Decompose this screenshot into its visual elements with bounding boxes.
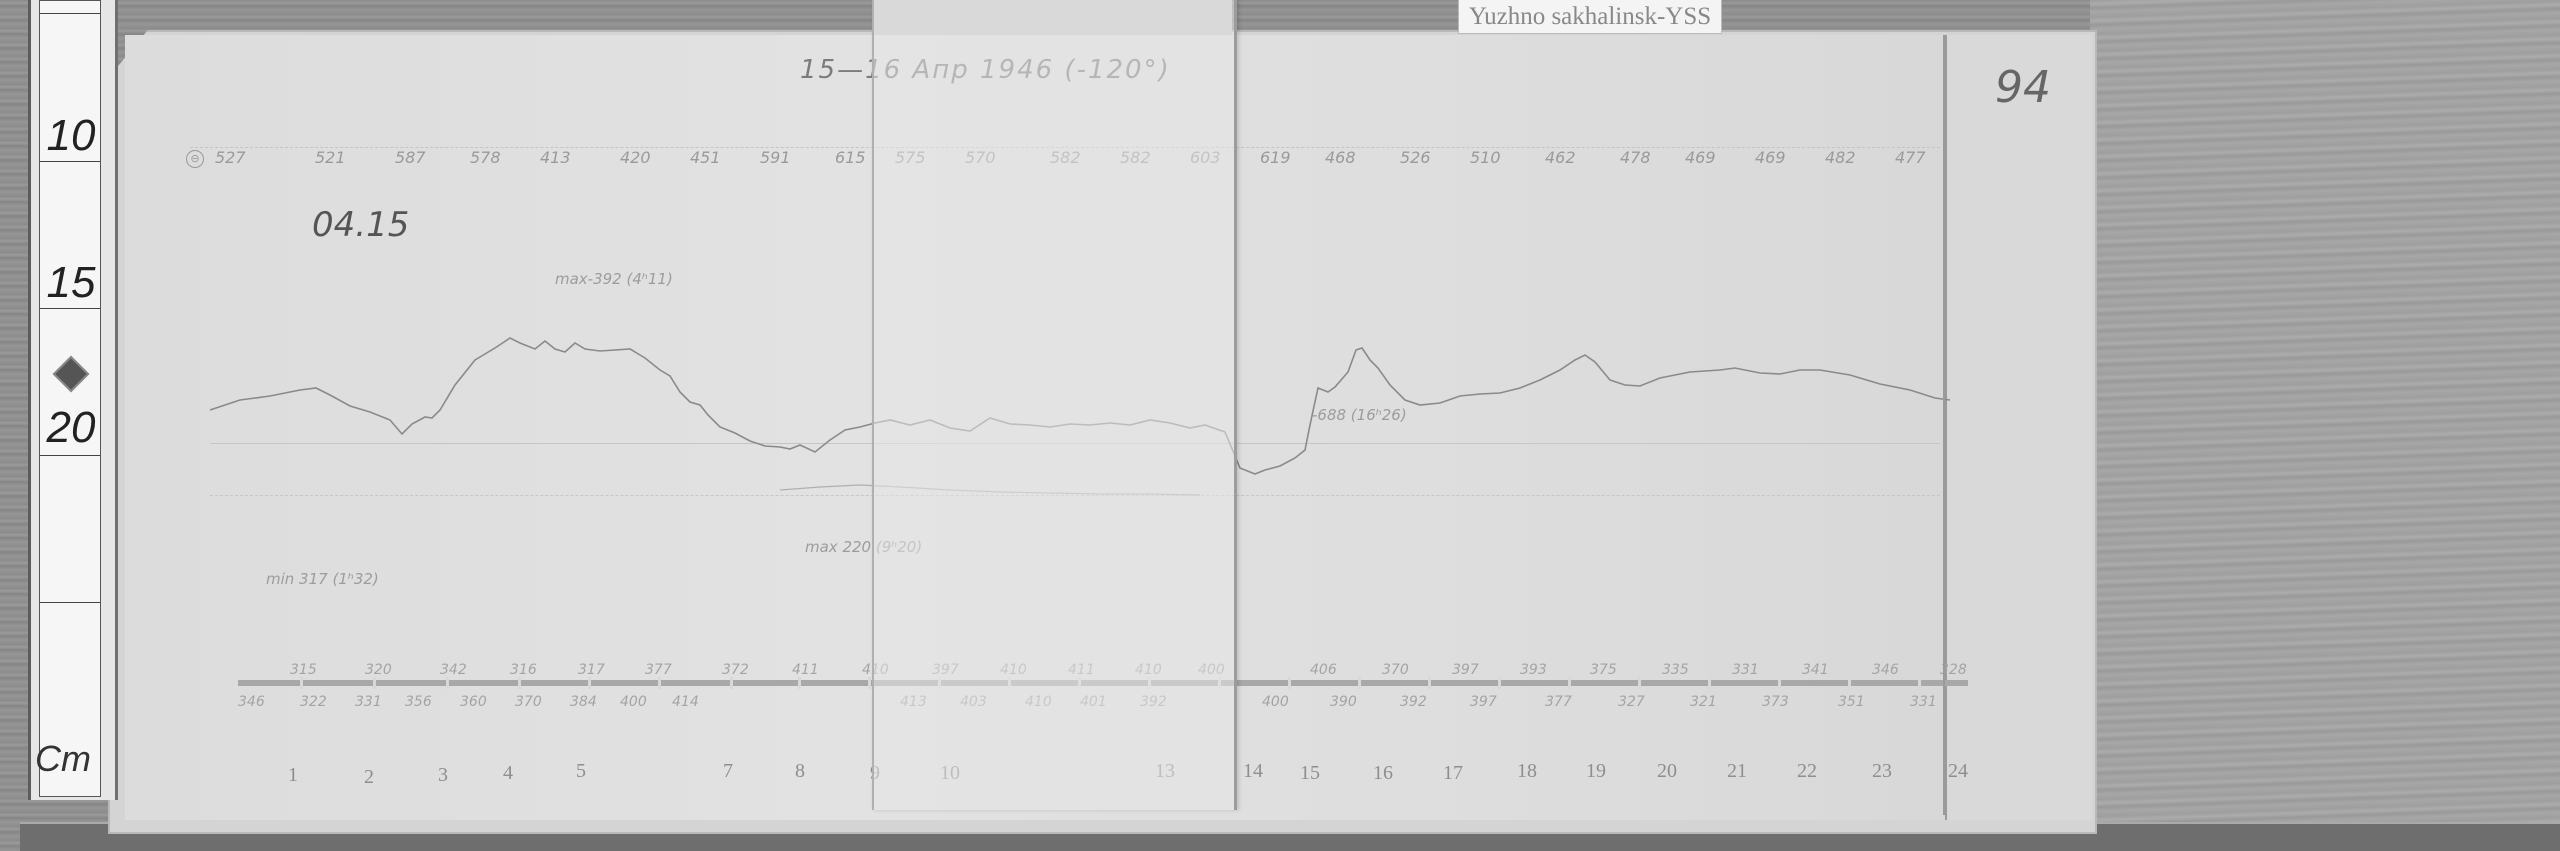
hour-value: 315 [290,662,317,678]
hour-number: 16 [1373,762,1393,785]
cm-ruler: 10 15 20 Cm [28,0,118,800]
hour-number: 24 [1948,760,1968,783]
hour-number: 3 [438,764,448,787]
hour-value: 390 [1330,694,1357,710]
hour-value: 342 [440,662,467,678]
hour-value: 370 [515,694,542,710]
hour-number: 21 [1727,760,1747,783]
hour-number: 4 [503,762,513,785]
hour-number: 1 [288,764,298,787]
hour-value: 316 [510,662,537,678]
hour-value: 397 [1452,662,1479,678]
hour-value: 393 [1520,662,1547,678]
hour-value: 331 [1732,662,1759,678]
ruler-number: 20 [46,403,96,453]
hour-value: 360 [460,694,487,710]
hour-value: 397 [1470,694,1497,710]
hour-number: 18 [1517,760,1537,783]
hour-value: 321 [1690,694,1717,710]
hour-value: 346 [1872,662,1899,678]
hour-value: 377 [1545,694,1572,710]
hour-number: 23 [1872,760,1892,783]
hour-number: 7 [723,760,733,783]
hour-value: 373 [1762,694,1789,710]
hour-value: 392 [1400,694,1427,710]
hour-value: 341 [1802,662,1829,678]
hour-number: 5 [576,760,586,783]
hour-number: 19 [1586,760,1606,783]
magnetogram-trace [0,0,2560,851]
ruler-unit: Cm [35,738,91,780]
hour-value: 320 [365,662,392,678]
hour-value: 400 [1262,694,1289,710]
ruler-number: 15 [46,258,96,308]
hour-value: 375 [1590,662,1617,678]
hour-number: 17 [1443,762,1463,785]
overlay-strip [872,0,1237,810]
hour-value: 346 [238,694,265,710]
hour-value: 322 [300,694,327,710]
hour-value: 414 [672,694,699,710]
hour-value: 356 [405,694,432,710]
hour-number: 20 [1657,760,1677,783]
hour-number: 2 [364,766,374,789]
hour-value: 370 [1382,662,1409,678]
paper-edge-line [1943,35,1945,815]
hour-value: 377 [645,662,672,678]
hour-value: 351 [1838,694,1865,710]
station-label: Yuzhno sakhalinsk-YSS [1458,0,1722,34]
hour-value: 335 [1662,662,1689,678]
hour-value: 317 [578,662,605,678]
hour-value: 400 [620,694,647,710]
hour-value: 327 [1618,694,1645,710]
annotation-min: min 317 (1ʰ32) [266,570,379,588]
hour-number: 14 [1243,760,1263,783]
ruler-division [40,455,100,603]
hour-value: 331 [355,694,382,710]
hour-value: 406 [1310,662,1337,678]
ruler-number: 10 [46,111,96,161]
hour-value: 331 [1910,694,1937,710]
hour-number: 8 [795,760,805,783]
hour-value: 411 [792,662,819,678]
ruler-scale: 10 15 20 [39,0,101,797]
annotation-min: -688 (16ʰ26) [1312,406,1407,424]
hour-number: 15 [1300,762,1320,785]
hour-number: 22 [1797,760,1817,783]
hour-value: 372 [722,662,749,678]
annotation-max: max-392 (4ʰ11) [555,270,673,288]
hour-value: 384 [570,694,597,710]
